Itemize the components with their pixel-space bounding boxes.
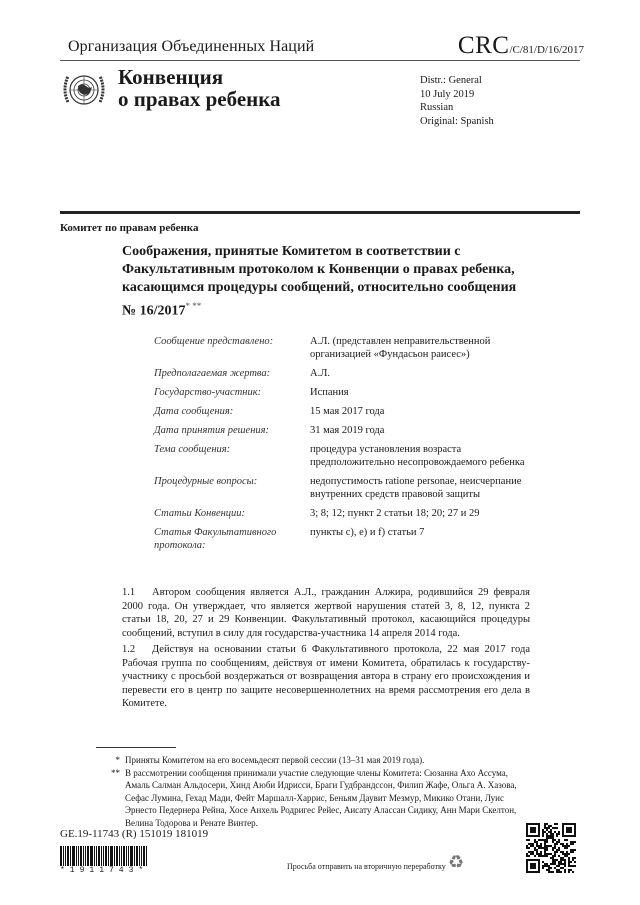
metadata-value: процедура установления возраста предполо… bbox=[310, 443, 534, 469]
metadata-label: Статья Факультативного протокола: bbox=[154, 526, 310, 552]
convention-title: Конвенция о правах ребенка bbox=[118, 66, 281, 110]
metadata-value: 15 мая 2017 года bbox=[310, 405, 534, 418]
recycle-text: Просьба отправить на вторичную переработ… bbox=[287, 862, 446, 871]
distribution-line: Distr.: General bbox=[420, 74, 494, 88]
metadata-row: Предполагаемая жертва:А.Л. bbox=[154, 367, 534, 380]
organization-name: Организация Объединенных Наций bbox=[68, 38, 314, 56]
recycle-icon: ♻ bbox=[448, 852, 464, 873]
metadata-label: Тема сообщения: bbox=[154, 443, 310, 469]
symbol-suffix: /C/81/D/16/2017 bbox=[509, 44, 584, 56]
metadata-row: Сообщение представлено:А.Л. (представлен… bbox=[154, 335, 534, 361]
footnote-mark: ** bbox=[100, 767, 125, 830]
metadata-row: Процедурные вопросы:недопустимость ratio… bbox=[154, 475, 534, 501]
metadata-value: пункты c), e) и f) статьи 7 bbox=[310, 526, 534, 552]
convention-title-line1: Конвенция bbox=[118, 66, 281, 88]
qr-code-icon bbox=[526, 823, 576, 873]
symbol-main: CRC bbox=[458, 32, 510, 59]
metadata-label: Статьи Конвенции: bbox=[154, 507, 310, 520]
metadata-value: недопустимость ratione personae, неисчер… bbox=[310, 475, 534, 501]
metadata-value: А.Л. (представлен неправительственной ор… bbox=[310, 335, 534, 361]
barcode bbox=[60, 846, 156, 866]
footnote-text: Приняты Комитетом на его восемьдесят пер… bbox=[125, 754, 424, 767]
footnotes: * Приняты Комитетом на его восемьдесят п… bbox=[100, 754, 530, 829]
paragraph-text: Автором сообщения является А.Л., граждан… bbox=[122, 587, 530, 639]
convention-title-line2: о правах ребенка bbox=[118, 88, 281, 110]
metadata-value: А.Л. bbox=[310, 367, 534, 380]
paragraph-number: 1.1 bbox=[122, 586, 152, 600]
metadata-row: Дата сообщения:15 мая 2017 года bbox=[154, 405, 534, 418]
paragraph-1-2: 1.2Действуя на основании статьи 6 Факуль… bbox=[122, 643, 530, 711]
metadata-label: Государство-участник: bbox=[154, 386, 310, 399]
original-language-line: Original: Spanish bbox=[420, 115, 494, 129]
language-line: Russian bbox=[420, 101, 494, 115]
un-emblem-icon bbox=[60, 66, 108, 114]
paragraph-number: 1.2 bbox=[122, 643, 152, 657]
metadata-label: Процедурные вопросы: bbox=[154, 475, 310, 501]
paragraph-1-1: 1.1Автором сообщения является А.Л., граж… bbox=[122, 586, 530, 640]
job-number: GE.19-11743 (R) 151019 181019 bbox=[60, 828, 208, 840]
title-footnote-marks: * ** bbox=[185, 301, 201, 311]
metadata-row: Тема сообщения:процедура установления во… bbox=[154, 443, 534, 469]
paragraph-text: Действуя на основании статьи 6 Факультат… bbox=[122, 644, 530, 709]
footnote-mark: * bbox=[100, 754, 125, 767]
distribution-info: Distr.: General 10 July 2019 Russian Ori… bbox=[420, 74, 494, 128]
metadata-value: 31 мая 2019 года bbox=[310, 424, 534, 437]
metadata-label: Дата сообщения: bbox=[154, 405, 310, 418]
metadata-table: Сообщение представлено:А.Л. (представлен… bbox=[154, 335, 534, 558]
metadata-row: Статьи Конвенции:3; 8; 12; пункт 2 стать… bbox=[154, 507, 534, 520]
footnote-rule bbox=[96, 747, 176, 748]
footnote-item: * Приняты Комитетом на его восемьдесят п… bbox=[100, 754, 530, 767]
title-rule bbox=[60, 211, 580, 214]
metadata-label: Сообщение представлено: bbox=[154, 335, 310, 361]
metadata-row: Государство-участник:Испания bbox=[154, 386, 534, 399]
committee-name: Комитет по правам ребенка bbox=[60, 222, 198, 234]
document-symbol: CRC/C/81/D/16/2017 bbox=[458, 32, 584, 60]
metadata-value: 3; 8; 12; пункт 2 статьи 18; 20; 27 и 29 bbox=[310, 507, 534, 520]
footnote-text: В рассмотрении сообщения принимали участ… bbox=[125, 767, 530, 830]
footnote-item: ** В рассмотрении сообщения принимали уч… bbox=[100, 767, 530, 830]
document-title: Соображения, принятые Комитетом в соотве… bbox=[122, 243, 522, 321]
metadata-label: Предполагаемая жертва: bbox=[154, 367, 310, 380]
header-rule bbox=[60, 60, 580, 61]
metadata-row: Статья Факультативного протокола:пункты … bbox=[154, 526, 534, 552]
barcode-text: *1911743* bbox=[60, 866, 148, 875]
title-text: Соображения, принятые Комитетом в соотве… bbox=[122, 244, 516, 319]
metadata-value: Испания bbox=[310, 386, 534, 399]
metadata-label: Дата принятия решения: bbox=[154, 424, 310, 437]
metadata-row: Дата принятия решения:31 мая 2019 года bbox=[154, 424, 534, 437]
date-line: 10 July 2019 bbox=[420, 88, 494, 102]
